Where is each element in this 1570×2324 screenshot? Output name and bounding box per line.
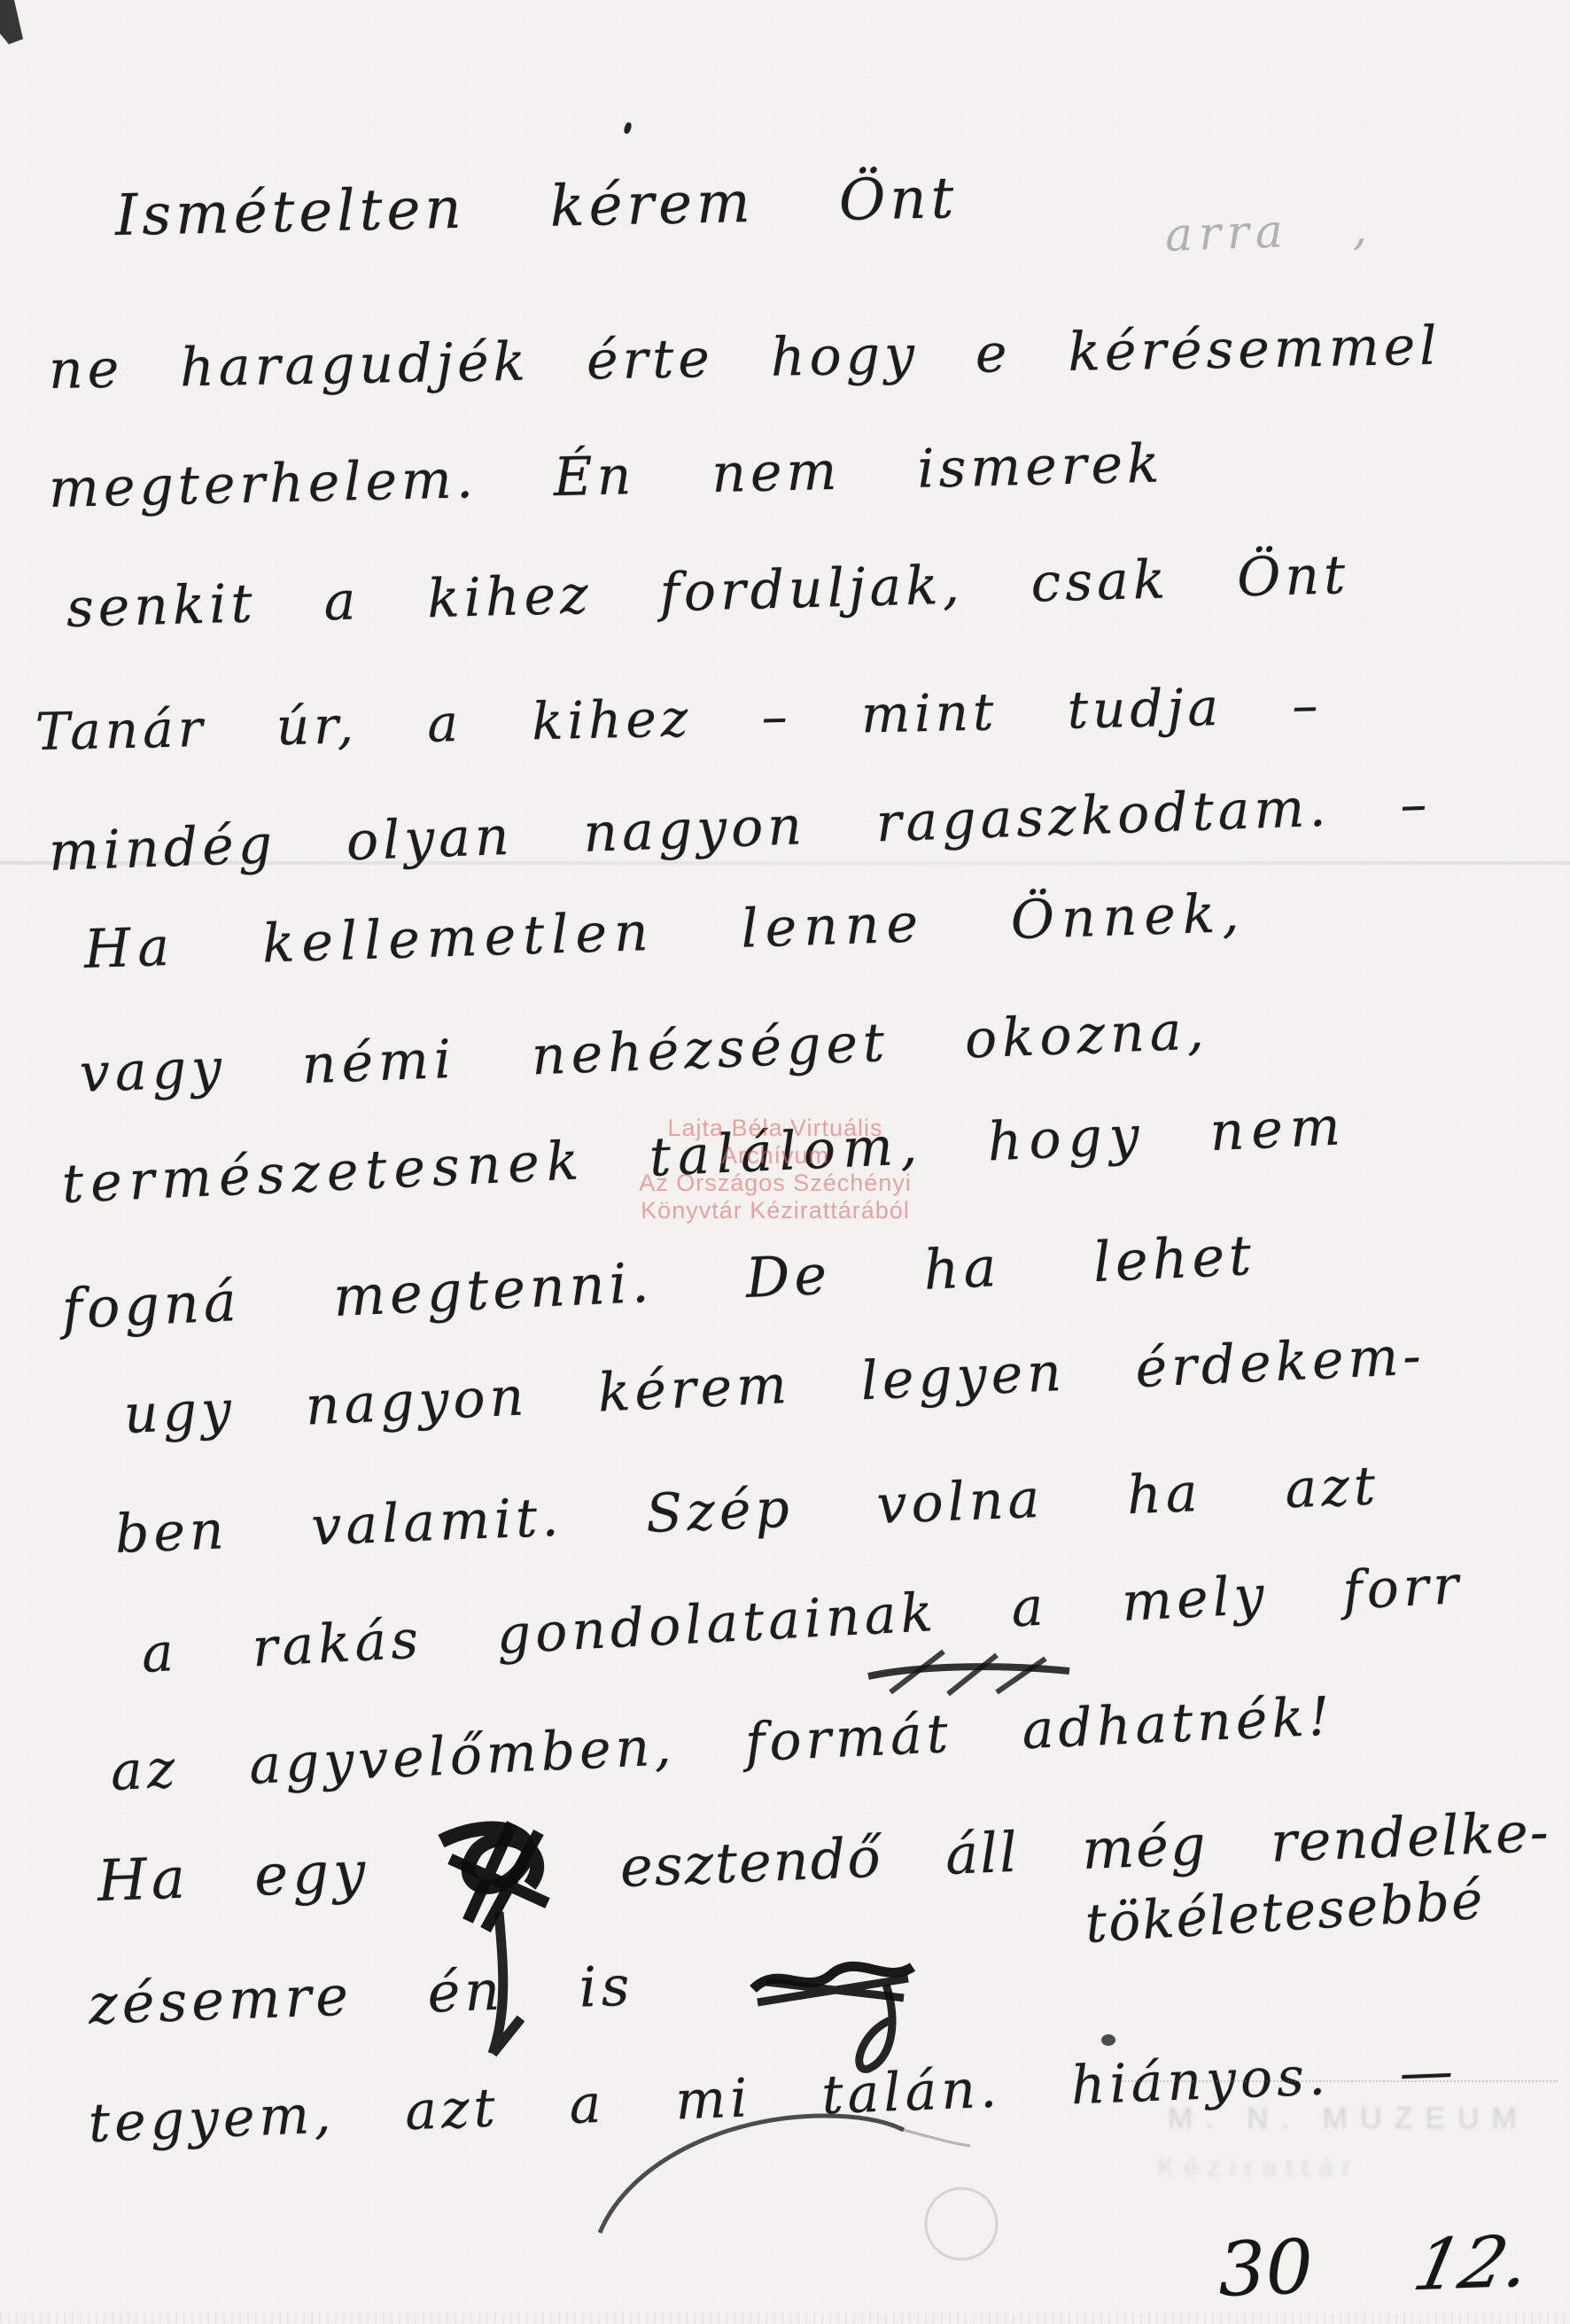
watermark-line-3: Könyvtár Kézirattárából [611, 1197, 939, 1224]
handwriting-line-13: a rakás gondolatainak a mely forr [140, 1558, 1464, 1681]
handwriting-line-2: ne haragudjék érte hogy e kérésemmel [48, 320, 1441, 397]
ink-speck [1101, 2034, 1115, 2046]
scan-edge-noise [0, 2312, 1570, 2324]
handwriting-line-10: fogná megtenni. De ha lehet [61, 1228, 1257, 1337]
strikethrough-correction [864, 1639, 1076, 1710]
handwriting-line-9: természetesnek találom, hogy nem [61, 1100, 1348, 1211]
ink-blot-crossout [744, 1936, 930, 2087]
ink-speck [623, 121, 633, 135]
handwriting-line-7: Ha kellemetlen lenne Önnek, [83, 887, 1247, 976]
archive-stamp-ghost-text: M. N. MUZEUM [1168, 2102, 1529, 2136]
ink-blot-crossout [415, 1806, 592, 2071]
handwriting-line-3: megterhelem. Én nem ismerek [48, 437, 1164, 516]
archive-stamp-ghost-text: Kézirattár [1157, 2153, 1359, 2183]
handwriting-line-15a: Ha egy [97, 1844, 370, 1910]
handwriting-line-16b: tökéletesebbé [1084, 1874, 1486, 1951]
handwriting-line-12: ben valamit. Szép volna ha azt [114, 1459, 1380, 1561]
pen-flourish [576, 2091, 1037, 2304]
handwriting-line-5: Tanár úr, a kihez – mint tudja – [35, 680, 1323, 758]
handwriting-line-1-faint-insert: arra , [1164, 206, 1373, 259]
handwriting-line-8: vagy némi nehézséget okozna, [79, 1004, 1210, 1100]
archive-number-30: 30 [1217, 2229, 1315, 2307]
handwriting-line-4: senkit a kihez forduljak, csak Önt [66, 548, 1350, 635]
handwriting-line-1: Ismételten kérem Önt [114, 170, 959, 245]
handwriting-line-14: az agyvelőmben, formát adhatnék! [110, 1690, 1335, 1799]
handwriting-line-11: ugy nagyon kérem legyen érdekem- [123, 1329, 1426, 1442]
scan-corner-artifact [0, 0, 30, 44]
scanned-letter-page: Ismételten kérem Önt arra , ne haragudjé… [0, 0, 1570, 2324]
archive-stamp: M. N. MUZEUM Kézirattár [1115, 2080, 1558, 2215]
archive-number-12: 12. [1408, 2227, 1536, 2301]
